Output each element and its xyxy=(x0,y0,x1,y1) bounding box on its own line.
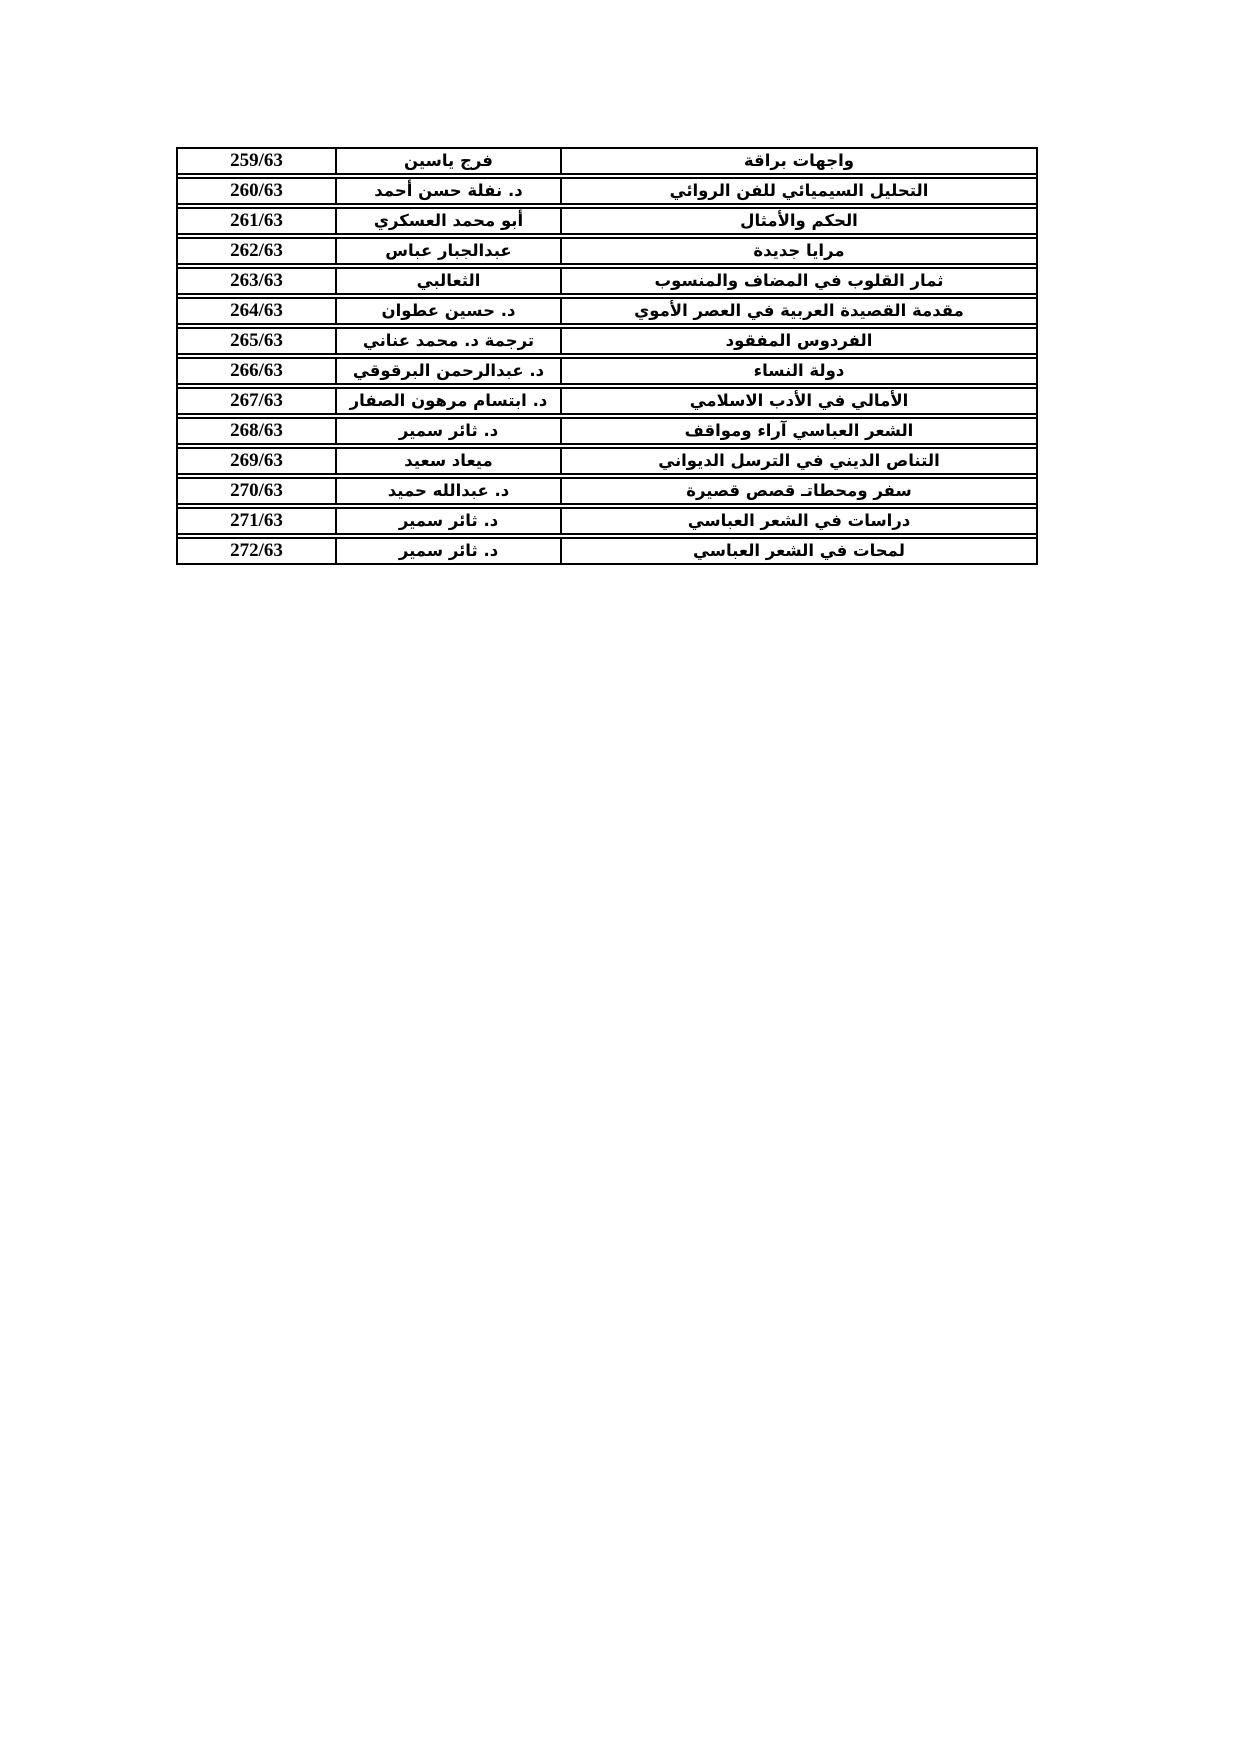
author-cell: ميعاد سعيد xyxy=(335,449,562,473)
book-title-cell: مرايا جديدة xyxy=(562,239,1036,263)
book-title-cell: ثمار القلوب في المضاف والمنسوب xyxy=(562,269,1036,293)
catalog-number-cell: 267/63 xyxy=(178,389,335,413)
table-row: الفردوس المفقودترجمة د. محمد عناني265/63 xyxy=(178,329,1036,359)
author-cell: د. ثائر سمير xyxy=(335,539,562,563)
book-title-cell: دراسات في الشعر العباسي xyxy=(562,509,1036,533)
author-cell: د. حسين عطوان xyxy=(335,299,562,323)
table-row: التناص الديني في الترسل الديوانيميعاد سع… xyxy=(178,449,1036,479)
table-row: مرايا جديدةعبدالجبار عباس262/63 xyxy=(178,239,1036,269)
author-cell: د. ابتسام مرهون الصفار xyxy=(335,389,562,413)
author-cell: الثعالبي xyxy=(335,269,562,293)
author-cell: أبو محمد العسكري xyxy=(335,209,562,233)
table-row: دولة النساءد. عبدالرحمن البرقوقي266/63 xyxy=(178,359,1036,389)
book-title-cell: الحكم والأمثال xyxy=(562,209,1036,233)
book-title-cell: واجهات براقة xyxy=(562,149,1036,173)
author-cell: ترجمة د. محمد عناني xyxy=(335,329,562,353)
book-title-cell: مقدمة القصيدة العربية في العصر الأموي xyxy=(562,299,1036,323)
table-row: الأمالي في الأدب الاسلاميد. ابتسام مرهون… xyxy=(178,389,1036,419)
book-title-cell: الشعر العباسي آراء ومواقف xyxy=(562,419,1036,443)
catalog-number-cell: 269/63 xyxy=(178,449,335,473)
author-cell: د. عبدالرحمن البرقوقي xyxy=(335,359,562,383)
book-title-cell: دولة النساء xyxy=(562,359,1036,383)
catalog-number-cell: 259/63 xyxy=(178,149,335,173)
catalog-number-cell: 272/63 xyxy=(178,539,335,563)
book-title-cell: الأمالي في الأدب الاسلامي xyxy=(562,389,1036,413)
author-cell: عبدالجبار عباس xyxy=(335,239,562,263)
catalog-number-cell: 270/63 xyxy=(178,479,335,503)
author-cell: د. نفلة حسن أحمد xyxy=(335,179,562,203)
book-title-cell: الفردوس المفقود xyxy=(562,329,1036,353)
book-title-cell: التحليل السيميائي للفن الروائي xyxy=(562,179,1036,203)
author-cell: د. ثائر سمير xyxy=(335,509,562,533)
document-page: واجهات براقةفرج ياسين259/63التحليل السيم… xyxy=(0,0,1239,1754)
table-row: مقدمة القصيدة العربية في العصر الأمويد. … xyxy=(178,299,1036,329)
author-cell: فرج ياسين xyxy=(335,149,562,173)
book-title-cell: التناص الديني في الترسل الديواني xyxy=(562,449,1036,473)
catalog-number-cell: 260/63 xyxy=(178,179,335,203)
catalog-number-cell: 268/63 xyxy=(178,419,335,443)
catalog-number-cell: 263/63 xyxy=(178,269,335,293)
catalog-number-cell: 265/63 xyxy=(178,329,335,353)
table-row: سفر ومحطاتـ قصص قصيرةد. عبدالله حميد270/… xyxy=(178,479,1036,509)
table-row: التحليل السيميائي للفن الروائيد. نفلة حس… xyxy=(178,179,1036,209)
table-row: الحكم والأمثالأبو محمد العسكري261/63 xyxy=(178,209,1036,239)
table-row: واجهات براقةفرج ياسين259/63 xyxy=(178,149,1036,179)
book-title-cell: سفر ومحطاتـ قصص قصيرة xyxy=(562,479,1036,503)
catalog-number-cell: 264/63 xyxy=(178,299,335,323)
table-row: لمحات في الشعر العباسيد. ثائر سمير272/63 xyxy=(178,539,1036,563)
table-row: دراسات في الشعر العباسيد. ثائر سمير271/6… xyxy=(178,509,1036,539)
author-cell: د. ثائر سمير xyxy=(335,419,562,443)
catalog-number-cell: 266/63 xyxy=(178,359,335,383)
book-title-cell: لمحات في الشعر العباسي xyxy=(562,539,1036,563)
table-row: الشعر العباسي آراء ومواقفد. ثائر سمير268… xyxy=(178,419,1036,449)
author-cell: د. عبدالله حميد xyxy=(335,479,562,503)
catalog-number-cell: 261/63 xyxy=(178,209,335,233)
catalog-number-cell: 271/63 xyxy=(178,509,335,533)
book-list-table: واجهات براقةفرج ياسين259/63التحليل السيم… xyxy=(176,147,1038,565)
table-row: ثمار القلوب في المضاف والمنسوبالثعالبي26… xyxy=(178,269,1036,299)
catalog-number-cell: 262/63 xyxy=(178,239,335,263)
